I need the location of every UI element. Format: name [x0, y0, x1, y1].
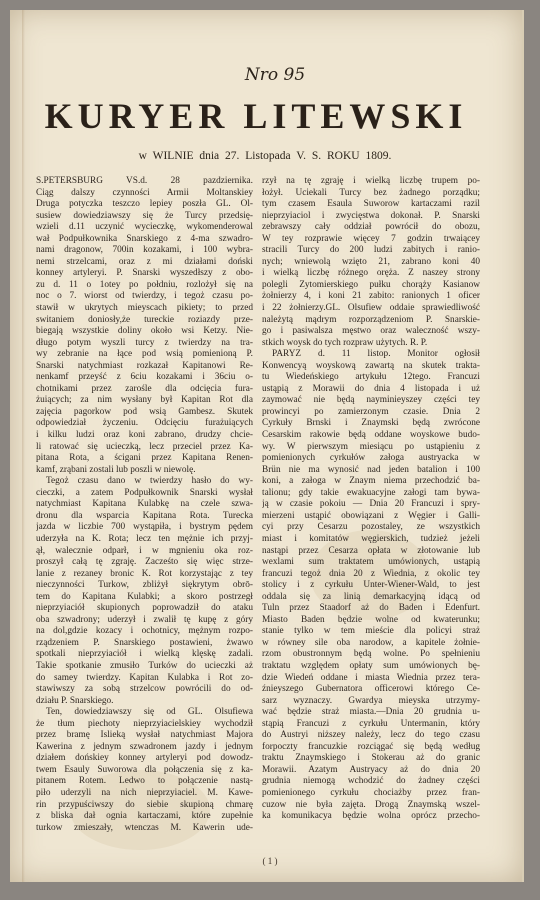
- text-line: ustąpią z Morawii do dnia 4 listopada i …: [262, 384, 480, 396]
- text-line: żołnierzy 4, i koni 21 zabito: ranionych…: [262, 291, 480, 303]
- text-line: źnieyszego Gubernatora officerowi któreg…: [262, 684, 480, 696]
- text-line: li ratować się ucieczką, lecz przeciel p…: [36, 442, 253, 454]
- text-line: lanie z rezaney bronic K. Rot korzystają…: [36, 569, 253, 581]
- text-line: ją w czasie pokoiu — Dnia 20 Francuzi i …: [262, 499, 480, 511]
- text-line: kamf, zrąbani zostali lub poszli w niewo…: [36, 465, 253, 477]
- text-line: należytą mądrym rozporządzeniom P. Snars…: [262, 315, 480, 327]
- text-line: długo potym wyszli turcy z twierdzy na t…: [36, 338, 253, 350]
- text-line: tem do Kapitana Kulabki; a skoro postrze…: [36, 592, 253, 604]
- text-line: działu P. Snarskiego.: [36, 696, 253, 708]
- text-line: koni, a załoga w Znaym niema przechodzić…: [262, 476, 480, 488]
- right-article-column: rzył na tę zgraję i wielką liczbę trupem…: [262, 176, 480, 823]
- text-line: działem dońskiey konney artyleryi pod do…: [36, 753, 253, 765]
- text-line: Ciąg dalszy czynności Armii Moltanskiey: [36, 188, 253, 200]
- text-line: Tegoż czasu dano w twierdzy hasło do wy-: [36, 476, 253, 488]
- text-line: stawiwszy za sobą strzelcow powrócili do…: [36, 684, 253, 696]
- text-line: Konwencyą woyskową zawartą na skutek tra…: [262, 361, 480, 373]
- text-line: Takie spotkanie zmusiło Turków do uciecz…: [36, 661, 253, 673]
- text-line: pitanem Rotem. Ledwo to połączenie nastą…: [36, 776, 253, 788]
- text-line: stkich woysk do tych rozpraw użytych. R.…: [262, 338, 480, 350]
- text-line: wy. W pierwszym miesiącu po ustąpieniu z: [262, 442, 480, 454]
- text-line: zaymować nie będą nayminieyszey części t…: [262, 395, 480, 407]
- text-line: wać będzie straż miasta.—Dnia 20 grudnia…: [262, 707, 480, 719]
- text-line: cuzow nie była zajęta. Drogą Znaymską ws…: [262, 800, 480, 812]
- text-line: przez bramę Islieką wysłał natychmiast M…: [36, 730, 253, 742]
- text-line: pomienionych cyrkułów załoga austryacka …: [262, 453, 480, 465]
- text-line: turkow zmieszały, wtenczas M. Kawerin ud…: [36, 823, 253, 835]
- text-line: traktu Znaymskiego i Stokerau aż do gran…: [262, 753, 480, 765]
- text-line: ka komunikacya będzie wolna oprócz przec…: [262, 811, 480, 823]
- text-line: i 22 żołnierzy.GL. Olsufiew oddaie spraw…: [262, 303, 480, 315]
- text-line: Cesarskim rakowie będą oddane woyskowe b…: [262, 430, 480, 442]
- text-line: zebrawszy cały oddział powrócił do obozu…: [262, 222, 480, 234]
- text-line: Kawerina z jednym szwadronem jazdy i jed…: [36, 742, 253, 754]
- text-line: Cyrkuły Brnski i Znaymski będą zwrócone: [262, 418, 480, 430]
- text-line: nieprzyiaciół skupionych poprowadził do …: [36, 603, 253, 615]
- text-line: tu Wiedeńskiego artykułu 12tego. Francuz…: [262, 372, 480, 384]
- text-line: jazda w liczbie 700 wystąpiła, i bystrym…: [36, 522, 253, 534]
- dateline: w WILNIE dnia 27. Listopada V. S. ROKU 1…: [55, 150, 475, 162]
- text-line: nastąpi przez Cesarza opłata w złotowani…: [262, 546, 480, 558]
- text-line: dronu dla wsparcia Kapitana Rota. Tureck…: [36, 511, 253, 523]
- text-line: tym czasem Esaula Suworow kartaczami raz…: [262, 199, 480, 211]
- text-line: PARYŻ d. 11 listop. Monitor ogłosił: [262, 349, 480, 361]
- text-line: do samey twierdzy. Kapitan Kulabka i Rot…: [36, 673, 253, 685]
- text-line: S.PETERSBURG VS.d. 28 pazdziernika.: [36, 176, 253, 188]
- text-line: ął, walecznie odparł, i w mgnieniu oka r…: [36, 546, 253, 558]
- text-line: pitana Rota, a ścigani przez Kapitana Re…: [36, 453, 253, 465]
- text-line: nych; wniewolą wzięto 21, zabrano koni 4…: [262, 257, 480, 269]
- text-line: natychmiast Kapitana Kulabkę na czele sz…: [36, 499, 253, 511]
- text-line: nieprzyiaciol i zwycięstwa dokonał. P. S…: [262, 211, 480, 223]
- text-line: wał Podpułkownika Snarskiego z 4-ma szwa…: [36, 234, 253, 246]
- text-line: nemi strzelcami, oraz z mi działami dońs…: [36, 257, 253, 269]
- text-line: zajęcia pagorkow pod wsią Gambesz. Skute…: [36, 407, 253, 419]
- text-line: Miasto Baden będzie wolne od kwaterunku;: [262, 615, 480, 627]
- text-line: talionu; gdy takie ewakuacyjne załogi ta…: [262, 488, 480, 500]
- text-line: że tłum piechoty nieprzyiacielskiey wych…: [36, 719, 253, 731]
- text-line: wexlami sum traktatem umówionych, ustąpi…: [262, 557, 480, 569]
- text-line: wzieli d.11 uczynić wycieczkę, wykomende…: [36, 222, 253, 234]
- text-line: prowincyi po zamierzonym czasie. Dnia 2: [262, 407, 480, 419]
- text-line: rzom obustronnym będą wolne. Po spełnien…: [262, 649, 480, 661]
- text-line: nami dragonow, 700in kozakami, i 100 wyb…: [36, 245, 253, 257]
- text-line: i kilku ludzi oraz koni zabrano, drudzy …: [36, 430, 253, 442]
- text-line: stracili Turcy do 200 ludzi zabitych i r…: [262, 245, 480, 257]
- text-line: rządzeniem P. Snarskiego postawieni, żwa…: [36, 638, 253, 650]
- text-line: oddala się za linią demarkacyjną idącą o…: [262, 592, 480, 604]
- left-article-column: S.PETERSBURG VS.d. 28 pazdziernika.Ciąg …: [36, 176, 253, 834]
- text-line: nieczynności Turkow, zbliżył siękrytym o…: [36, 580, 253, 592]
- page-number: ( 1 ): [255, 856, 285, 866]
- text-line: i wielką liczbę różnego oręża. Z naszey …: [262, 268, 480, 280]
- text-line: nenkamf przeyść z 6ciu kozakami i 36ciu …: [36, 372, 253, 384]
- text-line: zu d. 11 o 1otey po połdniu, rozlożył si…: [36, 280, 253, 292]
- text-line: wy zebranie na łące pod wsią pomienioną …: [36, 349, 253, 361]
- text-line: odpowiedział życzeniu. Odcięciu furażuią…: [36, 418, 253, 430]
- text-line: spotkali nieprzyiaciół i wielką klęskę z…: [36, 649, 253, 661]
- text-line: dzie Wiedeń oddane i miasta Wiednia prze…: [262, 673, 480, 685]
- text-line: W tey rozprawie więcey 7 godzin trwaiące…: [262, 234, 480, 246]
- text-line: chotnikami przez zarośle dla odcięcia fu…: [36, 384, 253, 396]
- text-line: cyi przy Cesarzu pozostaley, ze wszystki…: [262, 522, 480, 534]
- text-line: Tuln przez Staadorf aż do Baden i Edenfu…: [262, 603, 480, 615]
- text-line: z bliska dał ognia kartaczami, które zup…: [36, 811, 253, 823]
- text-line: switaniem doniosły,że tureckie roziazdy …: [36, 315, 253, 327]
- text-line: stąpią Francuzi z cyrkułu Untermanin, kt…: [262, 719, 480, 731]
- text-line: proszył całą tę zgraję. Zacześto się wię…: [36, 557, 253, 569]
- text-line: forpoczty francuzkie rozciągać się będą …: [262, 742, 480, 754]
- text-line: Ten, dowiedziawszy się od GL. Olsufiewa: [36, 707, 253, 719]
- text-line: łożył. Uciekali Turcy bez żadnego porząd…: [262, 188, 480, 200]
- text-line: Druga potyczka teszczo lepiey poszła GL.…: [36, 199, 253, 211]
- text-line: uderzyła na K. Rota; lecz ten mężnie ich…: [36, 534, 253, 546]
- text-line: Brün nie ma wynosić nad jeden batalion i…: [262, 465, 480, 477]
- text-line: mierzeni ustąpić obowiązani z Węgier i G…: [262, 511, 480, 523]
- text-line: rzył na tę zgraję i wielką liczbę trupem…: [262, 176, 480, 188]
- text-line: rin przypuściwszy do siebie skupioną chm…: [36, 800, 253, 812]
- text-line: traktatu względem opłaty sum umówionych …: [262, 661, 480, 673]
- text-line: twem Esauly Suworowa dla połączenia się …: [36, 765, 253, 777]
- text-line: Morawii. Azatym Austryacy aż do dnia 20: [262, 765, 480, 777]
- text-line: susiew dowiedziawszy się że Turcy przeds…: [36, 211, 253, 223]
- text-line: oba szwadrony; uderzył i zwalił tę kupę …: [36, 615, 253, 627]
- text-line: Snarski natychmiast rozkazał Kapitanowi …: [36, 361, 253, 373]
- text-line: stanie tylko w tem mieście dla policyi s…: [262, 626, 480, 638]
- issue-number: Nro 95: [235, 65, 315, 85]
- text-line: noc o 7. wiorst od twierdzy, i tegoż cza…: [36, 291, 253, 303]
- text-line: cieczki, a zatem Podpułkownik Snarski wy…: [36, 488, 253, 500]
- newspaper-masthead: KURYER LITEWSKI: [25, 95, 487, 137]
- text-line: francuzi tegoż dnia 20 z Wiednia, z okol…: [262, 569, 480, 581]
- text-line: polegli Żytomierskiego pułku chorąży Kas…: [262, 280, 480, 292]
- text-line: żuiących; za nim wysłany był Kapitan Rot…: [36, 395, 253, 407]
- text-line: miast i komitatów węgierskich, tudzież j…: [262, 534, 480, 546]
- text-line: stawił w ukrytych mieyscach pikiety; to …: [36, 303, 253, 315]
- text-line: do Austryi niższey należy, lecz do tego …: [262, 730, 480, 742]
- text-line: na dol,gdzie kozacy i ochotnicy, mężnym …: [36, 626, 253, 638]
- text-line: pomienionego cyrkułu chociażby przez fra…: [262, 788, 480, 800]
- text-line: stolicy i z cyrkułu Unter-Wiener-Wald, t…: [262, 580, 480, 592]
- text-line: konney artyleryi. P. Snarski wyszedłszy …: [36, 268, 253, 280]
- text-line: grudnia niemogą wchodzić do żadney częśc…: [262, 776, 480, 788]
- text-line: w równey sile oba narodow, a kapitele żo…: [262, 638, 480, 650]
- text-line: piło uderzyli na nich nieprzyiaciel. M. …: [36, 788, 253, 800]
- text-line: biegają wszystkie doliny około wsi Ketzy…: [36, 326, 253, 338]
- text-line: sarz wyznaczy. Gwardya mieyska utrzymy-: [262, 696, 480, 708]
- text-line: go i pasiwalsza męstwo oraz waleczność w…: [262, 326, 480, 338]
